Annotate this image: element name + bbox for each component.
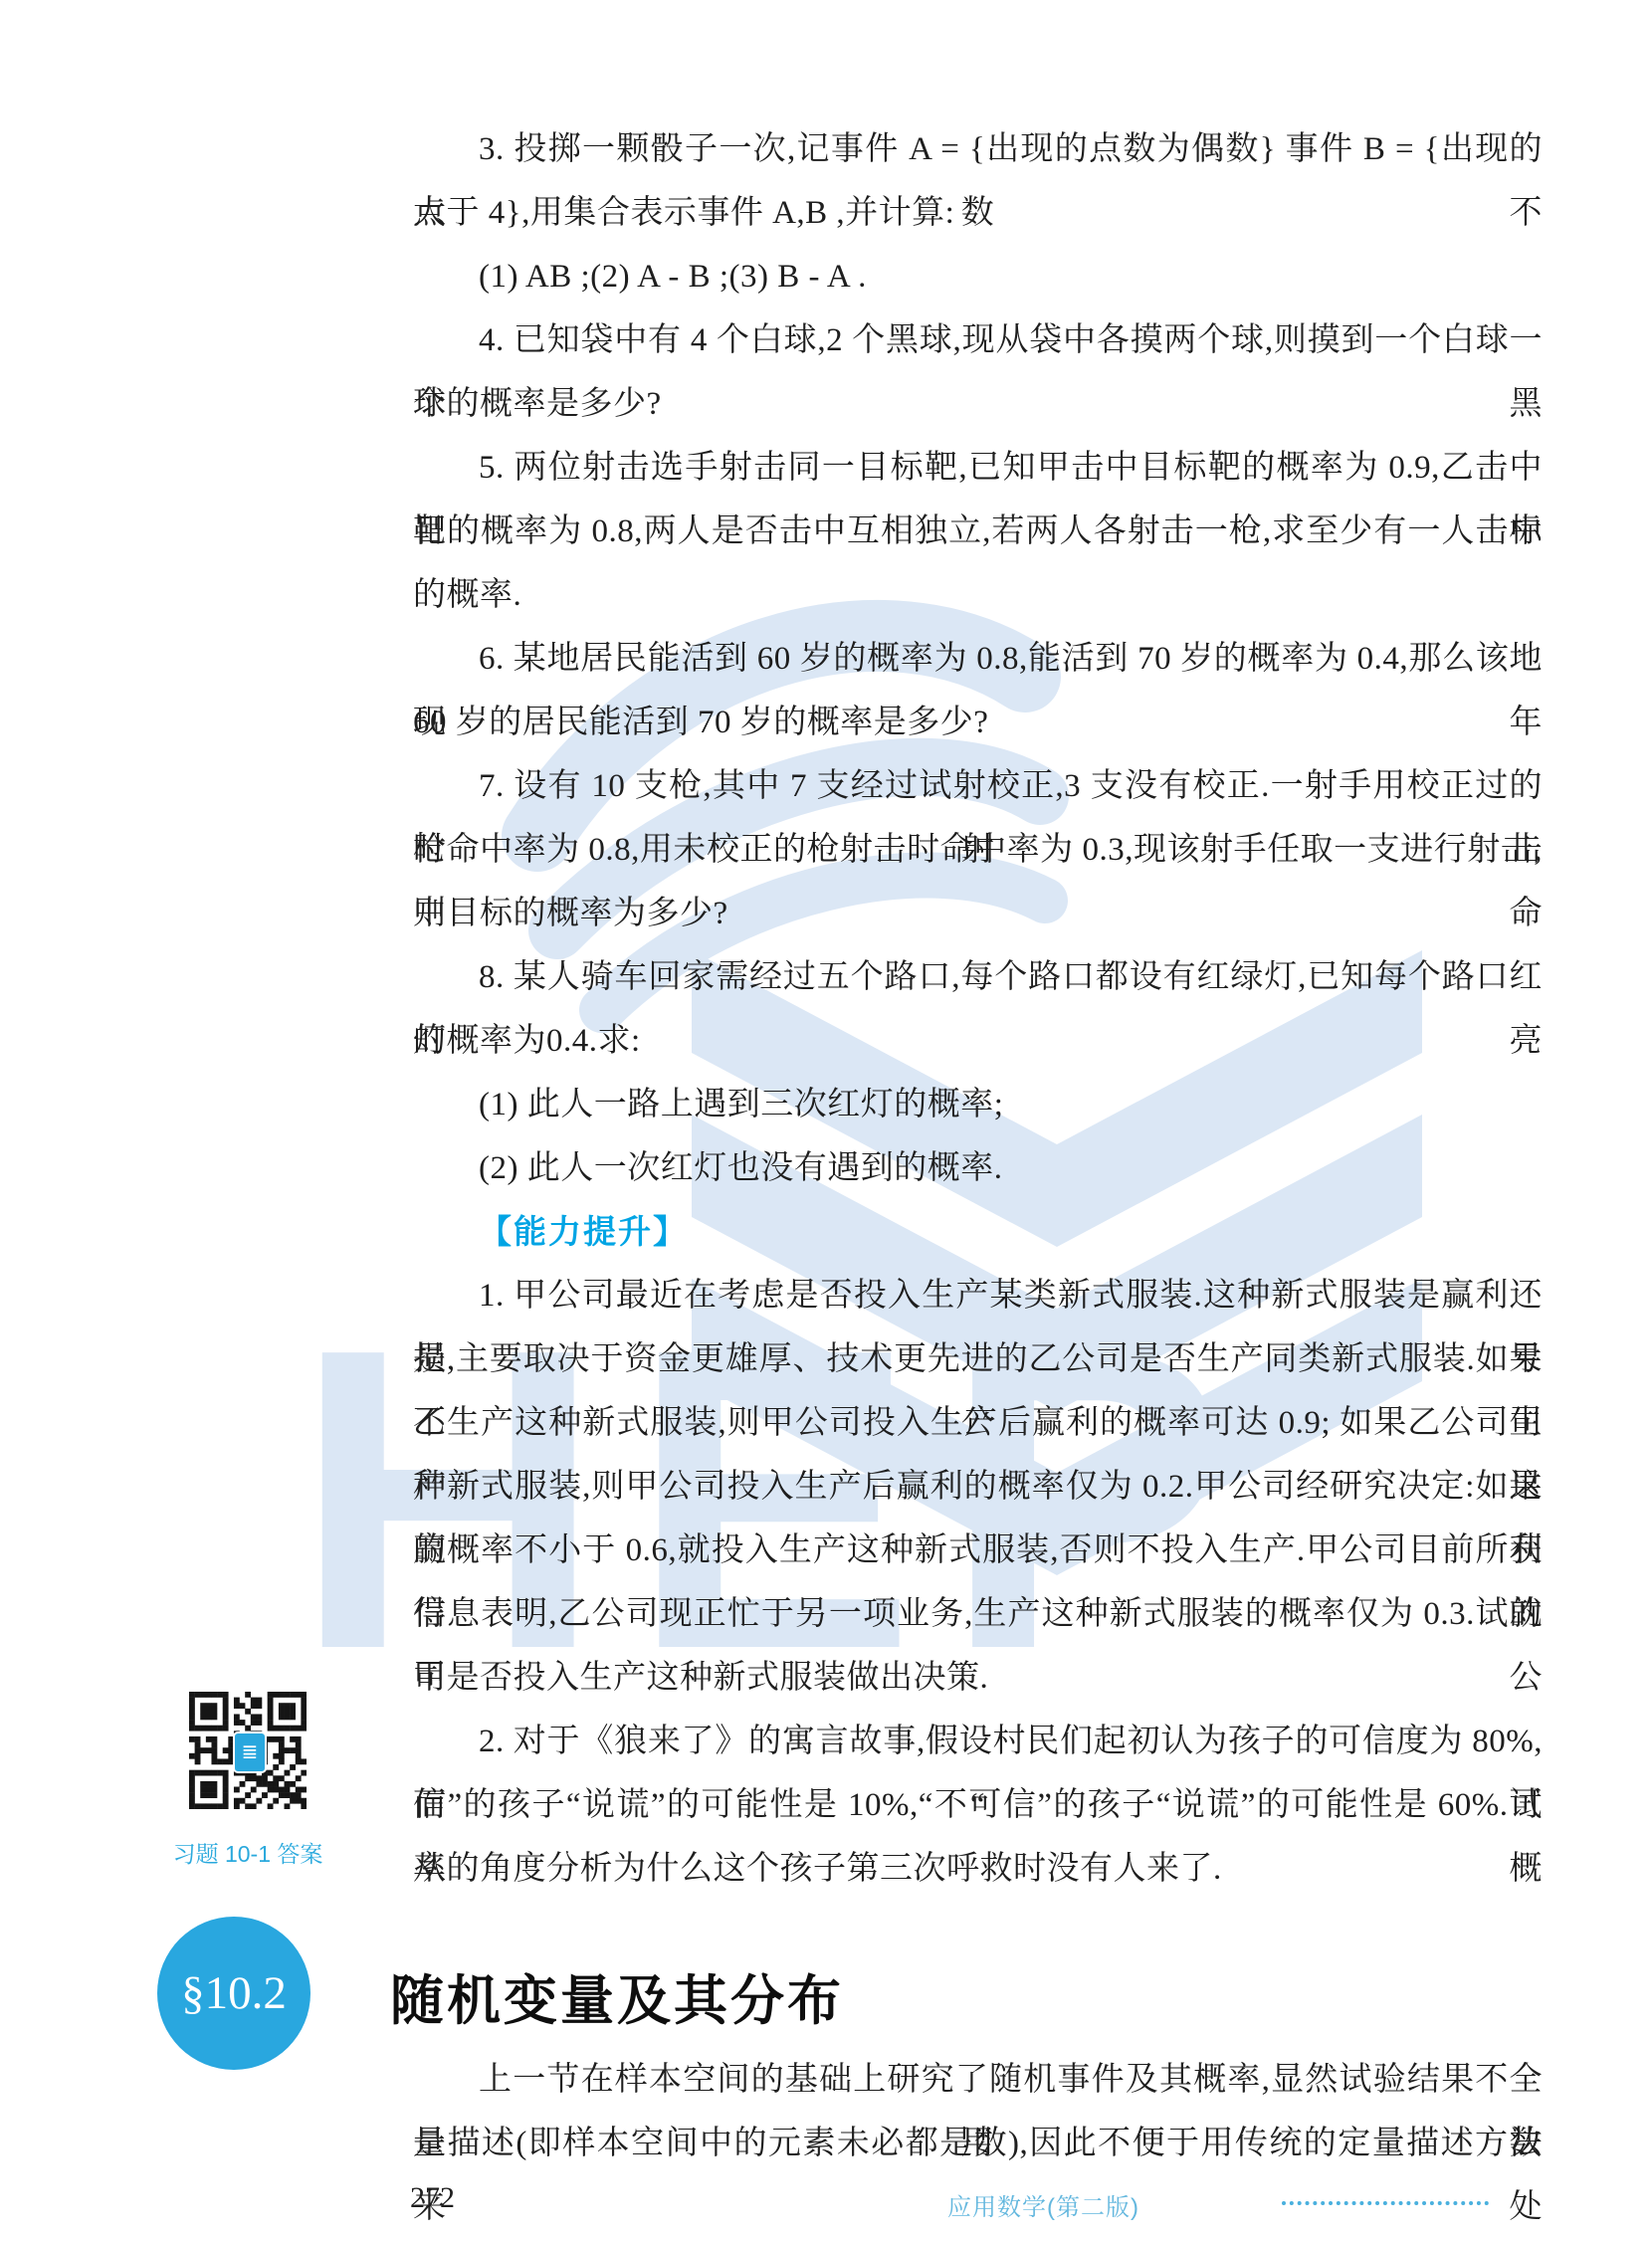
qr-code: ≣	[189, 1692, 307, 1809]
problem-4: 4. 已知袋中有 4 个白球,2 个黑球,现从袋中各摸两个球,则摸到一个白球一个…	[413, 308, 1543, 436]
ability-problem-2: 2. 对于《狼来了》的寓言故事,假设村民们起初认为孩子的可信度为 80%,而“可…	[413, 1710, 1543, 1901]
section-number: §10.2	[181, 1966, 287, 2020]
text-line: 5. 两位射击选手射击同一目标靶,已知甲击中目标靶的概率为 0.9,乙击中目标	[413, 436, 1543, 500]
text-line: 8. 某人骑车回家需经过五个路口,每个路口都设有红绿灯,已知每个路口红灯亮	[413, 945, 1543, 1009]
text-line: 量描述(即样本空间中的元素未必都是数),因此不便于用传统的定量描述方法来处	[413, 2112, 1543, 2175]
text-line: 的概率.	[413, 563, 1543, 627]
section-title: 随机变量及其分布	[390, 1958, 844, 2035]
text-line: 上一节在样本空间的基础上研究了随机事件及其概率,显然试验结果不全是用数	[413, 2048, 1543, 2112]
problem-8: 8. 某人骑车回家需经过五个路口,每个路口都设有红绿灯,已知每个路口红灯亮的概率…	[413, 945, 1543, 1200]
text-line: (2) 此人一次红灯也没有遇到的概率.	[413, 1136, 1543, 1200]
ability-section-heading: 【能力提升】	[413, 1200, 1543, 1264]
text-line: 的概率不小于 0.6,就投入生产这种新式服装,否则不投入生产.甲公司目前所获得的	[413, 1519, 1543, 1582]
text-line: 3. 投掷一颗骰子一次,记事件 A = {出现的点数为偶数} 事件 B = {出…	[413, 117, 1543, 181]
footer-dotted-line	[1282, 2201, 1489, 2205]
text-line: 时命中率为 0.8,用未校正的枪射击时命中率为 0.3,现该射手任取一支进行射击…	[413, 818, 1543, 882]
text-line: (1) AB ;(2) A - B ;(3) B - A .	[413, 245, 1543, 308]
problem-6: 6. 某地居民能活到 60 岁的概率为 0.8,能活到 70 岁的概率为 0.4…	[413, 627, 1543, 754]
qr-caption: 习题 10-1 答案	[127, 1836, 368, 1869]
problem-7: 7. 设有 10 支枪,其中 7 支经过试射校正,3 支没有校正.一射手用校正过…	[413, 754, 1543, 945]
problem-3: 3. 投掷一颗骰子一次,记事件 A = {出现的点数为偶数} 事件 B = {出…	[413, 117, 1543, 308]
text-line: 信息表明,乙公司现正忙于另一项业务,生产这种新式服装的概率仅为 0.3.试就甲公	[413, 1582, 1543, 1646]
section-number-badge: §10.2	[157, 1917, 310, 2070]
text-line: (1) 此人一路上遇到三次红灯的概率;	[413, 1073, 1543, 1136]
text-line: 1. 甲公司最近在考虑是否投入生产某类新式服装.这种新式服装是赢利还是亏	[413, 1264, 1543, 1327]
text-line: 不生产这种新式服装,则甲公司投入生产后赢利的概率可达 0.9; 如果乙公司生产这	[413, 1391, 1543, 1455]
page-number: 272	[410, 2181, 455, 2215]
text-line: 靶的概率为 0.8,两人是否击中互相独立,若两人各射击一枪,求至少有一人击中	[413, 500, 1543, 563]
text-line: 2. 对于《狼来了》的寓言故事,假设村民们起初认为孩子的可信度为 80%,而“可	[413, 1710, 1543, 1773]
text-line: 6. 某地居民能活到 60 岁的概率为 0.8,能活到 70 岁的概率为 0.4…	[413, 627, 1543, 691]
text-line: 信”的孩子“说谎”的可能性是 10%,“不可信”的孩子“说谎”的可能性是 60%…	[413, 1773, 1543, 1837]
textbook-page: HEP 3. 投掷一颗骰子一次,记事件 A = {出现的点数为偶数} 事件 B …	[0, 0, 1652, 2241]
text-line: 损,主要取决于资金更雄厚、技术更先进的乙公司是否生产同类新式服装.如果乙公司	[413, 1327, 1543, 1391]
qr-center-logo-icon: ≣	[233, 1732, 267, 1773]
problem-5: 5. 两位射击选手射击同一目标靶,已知甲击中目标靶的概率为 0.9,乙击中目标靶…	[413, 436, 1543, 627]
footer-book-title: 应用数学(第二版)	[947, 2187, 1139, 2222]
text-line: 4. 已知袋中有 4 个白球,2 个黑球,现从袋中各摸两个球,则摸到一个白球一个…	[413, 308, 1543, 372]
exercise-list: 3. 投掷一颗骰子一次,记事件 A = {出现的点数为偶数} 事件 B = {出…	[413, 117, 1543, 1901]
text-line: 7. 设有 10 支枪,其中 7 支经过试射校正,3 支没有校正.一射手用校正过…	[413, 754, 1543, 818]
intro-paragraph: 上一节在样本空间的基础上研究了随机事件及其概率,显然试验结果不全是用数量描述(即…	[413, 2048, 1543, 2175]
ability-problem-1: 1. 甲公司最近在考虑是否投入生产某类新式服装.这种新式服装是赢利还是亏损,主要…	[413, 1264, 1543, 1710]
text-line: 种新式服装,则甲公司投入生产后赢利的概率仅为 0.2.甲公司经研究决定:如果赢利	[413, 1455, 1543, 1519]
